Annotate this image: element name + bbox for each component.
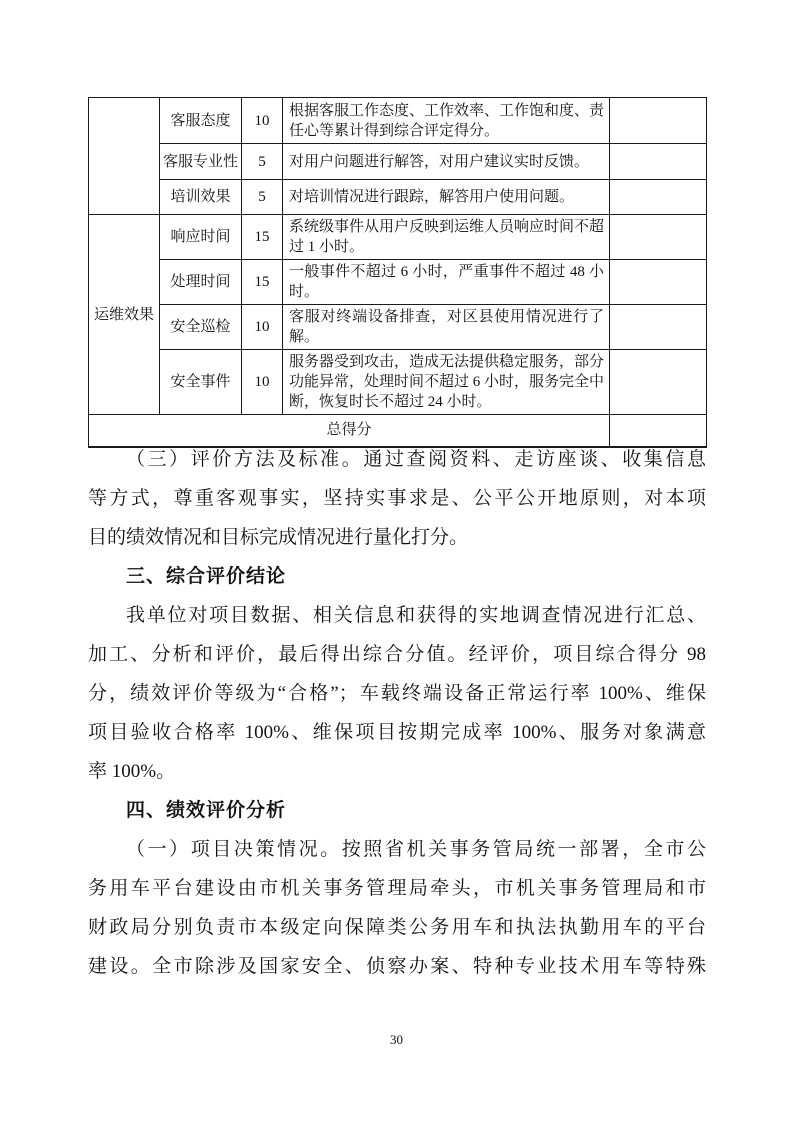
criteria-cell: 对用户问题进行解答，对用户建议实时反馈。 [283,144,610,180]
document-body: （三）评价方法及标准。通过查阅资料、走访座谈、收集信息等方式，尊重客观事实，坚持… [88,440,706,986]
paragraph-line: 建设。全市除涉及国家安全、侦察办案、特种专业技术用车等特殊 [88,947,706,986]
criteria-cell: 服务器受到攻击，造成无法提供稳定服务，部分功能异常，处理时间不超过 6 小时，服… [283,350,610,415]
criteria-cell: 根据客服工作态度、工作效率、工作饱和度、责任心等累计得到综合评定得分。 [283,98,610,144]
group-cell: 运维效果 [89,215,160,415]
indicator-cell: 客服专业性 [160,144,242,180]
indicator-cell: 安全事件 [160,350,242,415]
indicator-cell: 处理时间 [160,260,242,305]
indicator-cell: 响应时间 [160,215,242,260]
score-cell: 15 [242,260,283,305]
page-number: 30 [0,1032,793,1048]
score-cell: 15 [242,215,283,260]
document-page: 客服态度10根据客服工作态度、工作效率、工作饱和度、责任心等累计得到综合评定得分… [0,0,793,1122]
performance-indicator-table: 客服态度10根据客服工作态度、工作效率、工作饱和度、责任心等累计得到综合评定得分… [88,97,707,448]
result-cell [610,350,707,415]
table-row: 安全事件10服务器受到攻击，造成无法提供稳定服务，部分功能异常，处理时间不超过 … [89,350,707,415]
table-row: 客服态度10根据客服工作态度、工作效率、工作饱和度、责任心等累计得到综合评定得分… [89,98,707,144]
result-cell [610,305,707,350]
table-body: 客服态度10根据客服工作态度、工作效率、工作饱和度、责任心等累计得到综合评定得分… [89,98,707,447]
indicator-cell: 安全巡检 [160,305,242,350]
score-cell: 5 [242,144,283,180]
score-cell: 10 [242,350,283,415]
score-cell: 10 [242,305,283,350]
paragraph-line: （一）项目决策情况。按照省机关事务管局统一部署，全市公 [88,830,706,869]
indicator-cell: 培训效果 [160,180,242,215]
table-row: 培训效果5对培训情况进行跟踪，解答用户使用问题。 [89,180,707,215]
table-row: 客服专业性5对用户问题进行解答，对用户建议实时反馈。 [89,144,707,180]
result-cell [610,180,707,215]
score-cell: 10 [242,98,283,144]
paragraph-line: 加工、分析和评价，最后得出综合分值。经评价，项目综合得分 98 [88,635,706,674]
criteria-cell: 一般事件不超过 6 小时，严重事件不超过 48 小时。 [283,260,610,305]
result-cell [610,260,707,305]
paragraph-line: 等方式，尊重客观事实，坚持实事求是、公平公开地原则，对本项 [88,479,706,518]
table-row: 安全巡检10客服对终端设备排查，对区县使用情况进行了解。 [89,305,707,350]
indicator-cell: 客服态度 [160,98,242,144]
group-cell [89,98,160,215]
criteria-cell: 系统级事件从用户反映到运维人员响应时间不超过 1 小时。 [283,215,610,260]
criteria-cell: 对培训情况进行跟踪，解答用户使用问题。 [283,180,610,215]
criteria-cell: 客服对终端设备排查，对区县使用情况进行了解。 [283,305,610,350]
section-heading: 三、综合评价结论 [88,557,706,596]
section-heading: 四、绩效评价分析 [88,791,706,830]
paragraph-line: 项目验收合格率 100%、维保项目按期完成率 100%、服务对象满意 [88,713,706,752]
paragraph-line: 率 100%。 [88,752,706,791]
paragraph-line: 分，绩效评价等级为“合格”；车载终端设备正常运行率 100%、维保 [88,674,706,713]
table-row: 运维效果响应时间15系统级事件从用户反映到运维人员响应时间不超过 1 小时。 [89,215,707,260]
paragraph-line: 我单位对项目数据、相关信息和获得的实地调查情况进行汇总、 [88,596,706,635]
paragraph-line: 财政局分别负责市本级定向保障类公务用车和执法执勤用车的平台 [88,908,706,947]
result-cell [610,144,707,180]
result-cell [610,98,707,144]
result-cell [610,215,707,260]
paragraph-line: 务用车平台建设由市机关事务管理局牵头，市机关事务管理局和市 [88,869,706,908]
paragraph-line: （三）评价方法及标准。通过查阅资料、走访座谈、收集信息 [88,440,706,479]
score-cell: 5 [242,180,283,215]
table-row: 处理时间15一般事件不超过 6 小时，严重事件不超过 48 小时。 [89,260,707,305]
paragraph-line: 目的绩效情况和目标完成情况进行量化打分。 [88,518,706,557]
